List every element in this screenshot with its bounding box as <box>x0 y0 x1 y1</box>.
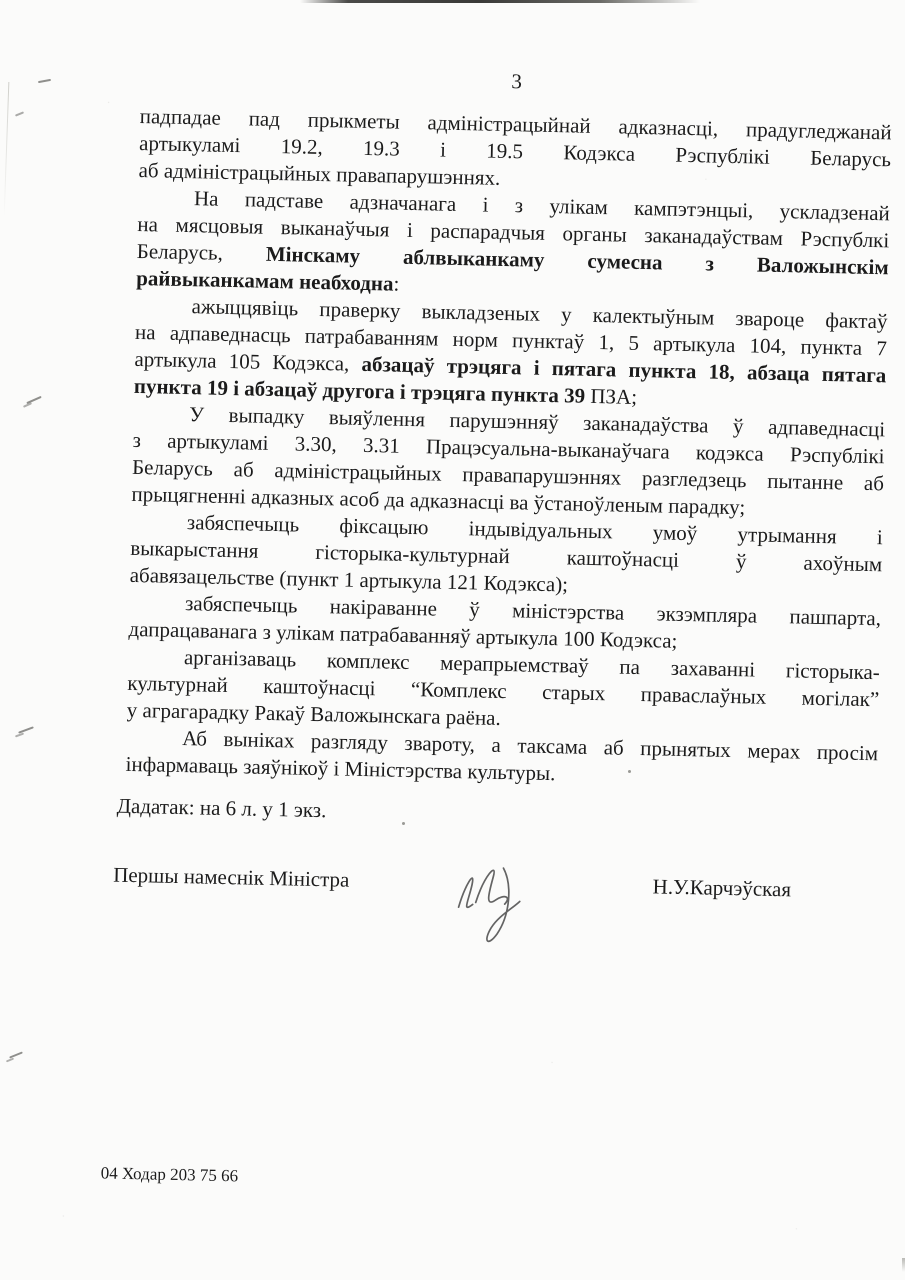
signatory-name: Н.У.Карчэўская <box>652 873 791 903</box>
margin-pen-mark <box>15 733 24 738</box>
margin-pen-mark <box>15 111 24 116</box>
margin-pen-mark <box>6 1058 14 1063</box>
signature-row: Першы намеснік Міністра Н.У.Карчэўская <box>113 862 875 906</box>
footer-reference: 04 Ходар 203 75 66 <box>100 1163 238 1186</box>
margin-pen-mark <box>38 79 51 83</box>
scanned-document-page: 3 падпадае пад прыкметы адміністрацыйнай… <box>0 0 905 1280</box>
signatory-title: Першы намеснік Міністра <box>113 862 350 894</box>
scan-artifact-top-edge <box>300 0 700 3</box>
document-paragraph: ажыццявіць праверку выкладзеных у калект… <box>134 292 888 416</box>
attachment-note: Дадатак: на 6 л. у 1 экз. <box>116 793 876 837</box>
document-content: 3 падпадае пад прыкметы адміністрацыйнай… <box>123 60 893 905</box>
page-number: 3 <box>140 60 892 103</box>
scan-artifact-page-edge <box>4 82 10 217</box>
document-paragraph: У выпадку выяўлення парушэнняў заканадаў… <box>131 400 885 524</box>
handwritten-signature <box>444 855 558 953</box>
margin-pen-mark <box>23 402 32 407</box>
document-paragraph: На падставе адзначанага і з улікам кампэ… <box>136 184 890 308</box>
document-body: падпадае пад прыкметы адміністрацыйнай а… <box>125 103 892 794</box>
